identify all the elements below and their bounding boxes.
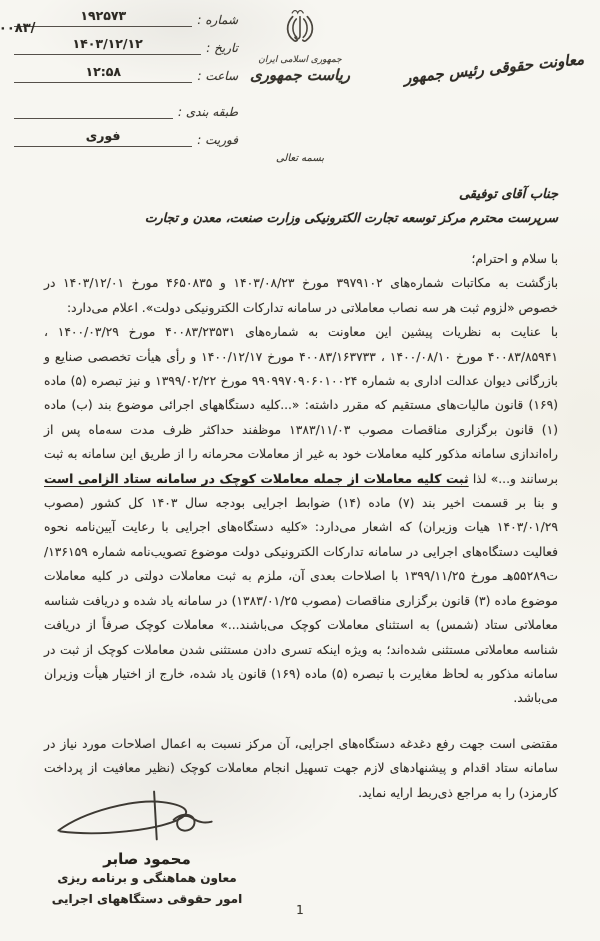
meta-row-date: تاریخ : ۱۴۰۳/۱۲/۱۲ — [14, 36, 238, 55]
signature-mark-icon — [49, 788, 245, 850]
time-value: ۱۲:۵۸ — [14, 64, 192, 83]
page-number: 1 — [0, 903, 600, 917]
body-text: با عنایت به نظریات پیشین این معاونت به ش… — [44, 325, 558, 485]
date-value: ۱۴۰۳/۱۲/۱۲ — [14, 36, 201, 55]
letter-body: با سلام و احترام؛ بازگشت به مکاتبات شمار… — [44, 247, 558, 805]
meta-row-time: ساعت : ۱۲:۵۸ — [14, 64, 238, 83]
meta-row-classification: طبقه بندی : — [14, 100, 238, 119]
letter-meta-block: ۴۰۰۸۳/ شماره : ۱۹۲۵۷۳ تاریخ : ۱۴۰۳/۱۲/۱۲… — [0, 8, 242, 156]
recipient-name: جناب آقای توفیقی — [44, 187, 558, 202]
salutation: با سلام و احترام؛ — [44, 247, 558, 271]
urgency-label: فوریت : — [192, 133, 238, 147]
body-text: بازگشت به مکاتبات شماره‌های ۳۹۷۹۱۰۲ مورخ… — [44, 276, 558, 314]
body-paragraph: بازگشت به مکاتبات شماره‌های ۳۹۷۹۱۰۲ مورخ… — [44, 271, 558, 320]
classification-value — [14, 100, 173, 119]
recipient-title: سرپرست محترم مرکز توسعه تجارت الکترونیکی… — [44, 210, 558, 225]
besmele-text: بسمه تعالی — [0, 153, 600, 164]
letter-page: ۴۰۰۸۳/ شماره : ۱۹۲۵۷۳ تاریخ : ۱۴۰۳/۱۲/۱۲… — [0, 0, 600, 941]
signatory-title-1: معاون هماهنگی و برنامه ریزی — [26, 868, 268, 889]
signatory-name: محمود صابر — [26, 850, 268, 868]
emphasized-text: ثبت کلیه معاملات از جمله معاملات کوچک در… — [44, 472, 469, 486]
body-text: و بنا بر قسمت اخیر بند (۷) ماده (۱۴) ضوا… — [44, 496, 558, 705]
recipient-block: جناب آقای توفیقی سرپرست محترم مرکز توسعه… — [44, 187, 558, 225]
meta-row-urgency: فوریت : فوری — [14, 128, 238, 147]
emblem-caption-presidency: ریاست جمهوری — [220, 66, 380, 84]
number-value: ۱۹۲۵۷۳ — [14, 8, 192, 27]
letterhead-emblem-block: جمهوری اسلامی ایران ریاست جمهوری — [220, 3, 380, 84]
emblem-caption-country: جمهوری اسلامی ایران — [220, 55, 380, 65]
iran-emblem-icon — [277, 3, 323, 57]
letter-paragraphs: بازگشت به مکاتبات شماره‌های ۳۹۷۹۱۰۲ مورخ… — [44, 271, 558, 805]
body-paragraph: با عنایت به نظریات پیشین این معاونت به ش… — [44, 320, 558, 711]
meta-row-number: شماره : ۱۹۲۵۷۳ — [14, 8, 238, 27]
classification-label: طبقه بندی : — [173, 105, 238, 119]
signature-block: محمود صابر معاون هماهنگی و برنامه ریزی ا… — [26, 788, 268, 910]
urgency-value: فوری — [14, 128, 192, 147]
deputy-title: معاونت حقوقی رئیس جمهور — [403, 50, 585, 87]
letter-number-prefix: ۴۰۰۸۳/ — [0, 21, 35, 36]
